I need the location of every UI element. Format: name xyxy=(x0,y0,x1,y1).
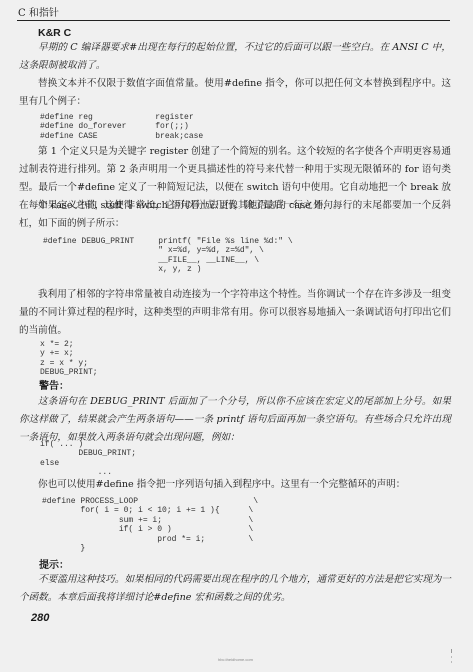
paragraph-tip: 不要滥用这种技巧。如果相同的代码需要出现在程序的几个地方，通常更好的方法是把它实… xyxy=(19,571,451,607)
warning-label: 警告： xyxy=(39,377,69,392)
header-rule xyxy=(17,20,450,21)
tip-label: 提示： xyxy=(39,556,69,571)
code-process-loop: #define PROCESS_LOOP \ for( i = 0; i < 1… xyxy=(42,497,258,553)
code-usage: x *= 2; y += x; z = x * y; DEBUG_PRINT; xyxy=(40,340,98,378)
code-defines: #define reg register #define do_forever … xyxy=(40,113,203,141)
code-debug-print: #define DEBUG_PRINT printf( "File %s lin… xyxy=(43,237,293,275)
paragraph-multiline-stuff: 如果定义中的 stuff 非常长，它可以分成几行，除了最后一行之外，每行的末尾都… xyxy=(19,197,451,233)
page-number: 280 xyxy=(31,612,49,624)
paragraph-replacement-text: 替换文本并不仅限于数值字面值常量。使用#define 指令，你可以把任何文本替换… xyxy=(19,75,451,111)
running-title: C 和指针 xyxy=(18,4,59,19)
code-if-else: if( ... ) DEBUG_PRINT; else ... xyxy=(40,440,136,478)
margin-mark xyxy=(451,649,452,653)
paragraph-string-concat: 我利用了相邻的字符串常量被自动连接为一个字符串这个特性。当你调试一个存在许多涉及… xyxy=(19,286,451,340)
paragraph-warning: 这条语句在 DEBUG_PRINT 后面加了一个分号，所以你不应该在宏定义的尾部… xyxy=(19,393,451,447)
paragraph-statement-sequence: 你也可以使用#define 指令把一序列语句插入到程序中。这里有一个完整循环的声… xyxy=(19,476,451,494)
book-page: C 和指针 K&R C 早期的 C 编译器要求#出现在每行的起始位置，不过它的后… xyxy=(0,0,473,672)
paragraph-kr-c: 早期的 C 编译器要求#出现在每行的起始位置，不过它的后面可以跟一些空白。在 A… xyxy=(19,39,451,75)
margin-mark xyxy=(451,661,452,663)
section-title: K&R C xyxy=(38,27,71,39)
margin-mark xyxy=(451,656,452,658)
footer-url: hbc.theidhome.com xyxy=(218,657,253,662)
